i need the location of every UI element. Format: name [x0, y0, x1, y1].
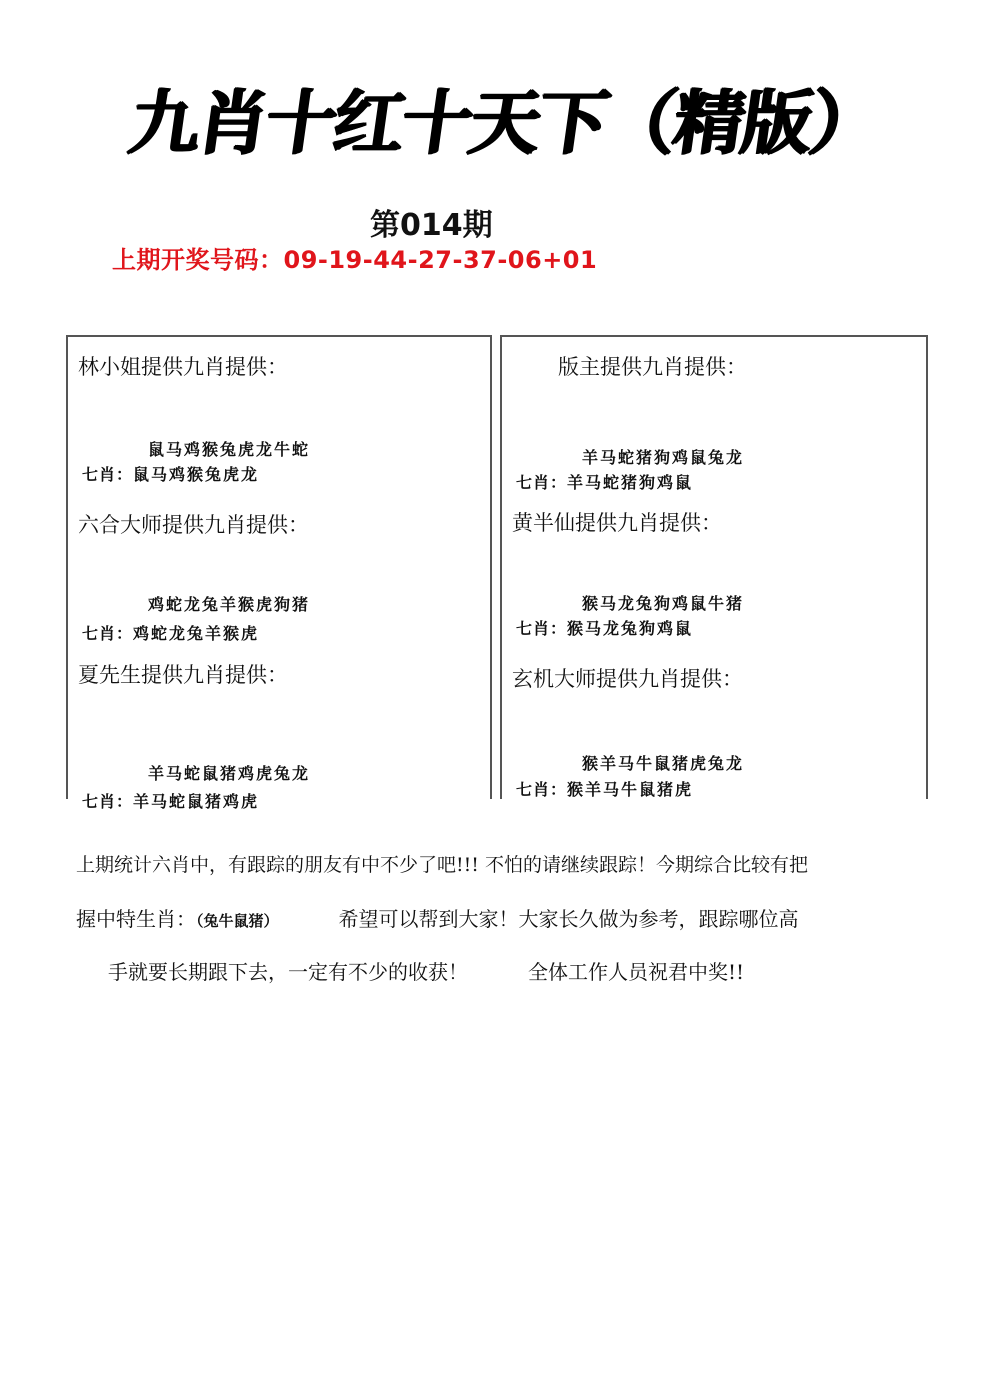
seven-zodiac: 鸡蛇龙兔羊猴虎: [133, 624, 259, 643]
nine-zodiac: 羊马蛇猪狗鸡鼠兔龙: [582, 445, 744, 468]
prediction-box-right: 版主提供九肖提供： 羊马蛇猪狗鸡鼠兔龙 七肖：羊马蛇猪狗鸡鼠 黄半仙提供九肖提供…: [500, 335, 928, 799]
seven-zodiac-row: 七肖：鸡蛇龙兔羊猴虎: [82, 621, 259, 644]
last-draw-numbers: 09-19-44-27-37-06+01: [284, 246, 598, 274]
footer-line-3-prefix: 手就要长期跟下去，一定有不少的收获！: [108, 960, 468, 984]
seven-zodiac-row: 七肖：羊马蛇猪狗鸡鼠: [516, 470, 693, 493]
nine-zodiac: 鸡蛇龙兔羊猴虎狗猪: [148, 592, 310, 615]
banner-title: 九肖十红十天下（精版）: [124, 78, 817, 168]
footer-line-1: 上期统计六肖中，有跟踪的朋友有中不少了吧!!! 不怕的请继续跟踪！今期综合比较有…: [76, 850, 808, 877]
seven-zodiac-row: 七肖：猴羊马牛鼠猪虎: [516, 777, 693, 800]
section-title: 夏先生提供九肖提供：: [78, 659, 288, 689]
footer-line-3: 手就要长期跟下去，一定有不少的收获！全体工作人员祝君中奖!!: [108, 956, 744, 985]
seven-zodiac: 羊马蛇鼠猪鸡虎: [133, 792, 259, 811]
last-draw-label: 上期开奖号码：: [112, 246, 284, 274]
footer-wishes: 全体工作人员祝君中奖!!: [528, 960, 744, 984]
seven-zodiac: 羊马蛇猪狗鸡鼠: [567, 473, 693, 492]
footer-line-2-suffix: 希望可以帮到大家！大家长久做为参考，跟踪哪位高: [339, 907, 799, 931]
issue-number: 第014期: [370, 200, 493, 244]
seven-zodiac: 鼠马鸡猴兔虎龙: [133, 465, 259, 484]
nine-zodiac: 鼠马鸡猴兔虎龙牛蛇: [148, 437, 310, 460]
section-title: 六合大师提供九肖提供：: [78, 509, 309, 539]
seven-zodiac-row: 七肖：鼠马鸡猴兔虎龙: [82, 462, 259, 485]
last-draw-result: 上期开奖号码：09-19-44-27-37-06+01: [112, 240, 597, 275]
footer-line-2: 握中特生肖：（兔牛鼠猪）希望可以帮到大家！大家长久做为参考，跟踪哪位高: [76, 903, 799, 932]
nine-zodiac: 猴羊马牛鼠猪虎兔龙: [582, 751, 744, 774]
section-title: 林小姐提供九肖提供：: [78, 351, 288, 381]
seven-label: 七肖：: [82, 624, 133, 643]
special-zodiac-highlight: （兔牛鼠猪）: [196, 912, 279, 930]
section-title: 玄机大师提供九肖提供：: [512, 663, 743, 693]
seven-label: 七肖：: [516, 473, 567, 492]
nine-zodiac: 羊马蛇鼠猪鸡虎兔龙: [148, 761, 310, 784]
seven-label: 七肖：: [82, 792, 133, 811]
nine-zodiac: 猴马龙兔狗鸡鼠牛猪: [582, 591, 744, 614]
seven-label: 七肖：: [82, 465, 133, 484]
section-title: 版主提供九肖提供：: [558, 351, 747, 381]
seven-zodiac: 猴马龙兔狗鸡鼠: [567, 619, 693, 638]
seven-zodiac-row: 七肖：猴马龙兔狗鸡鼠: [516, 616, 693, 639]
seven-zodiac-row: 七肖：羊马蛇鼠猪鸡虎: [82, 789, 259, 812]
seven-label: 七肖：: [516, 780, 567, 799]
footer-line-2-prefix: 握中特生肖：: [76, 907, 196, 931]
prediction-box-left: 林小姐提供九肖提供： 鼠马鸡猴兔虎龙牛蛇 七肖：鼠马鸡猴兔虎龙 六合大师提供九肖…: [66, 335, 492, 799]
seven-label: 七肖：: [516, 619, 567, 638]
seven-zodiac: 猴羊马牛鼠猪虎: [567, 780, 693, 799]
section-title: 黄半仙提供九肖提供：: [512, 507, 722, 537]
